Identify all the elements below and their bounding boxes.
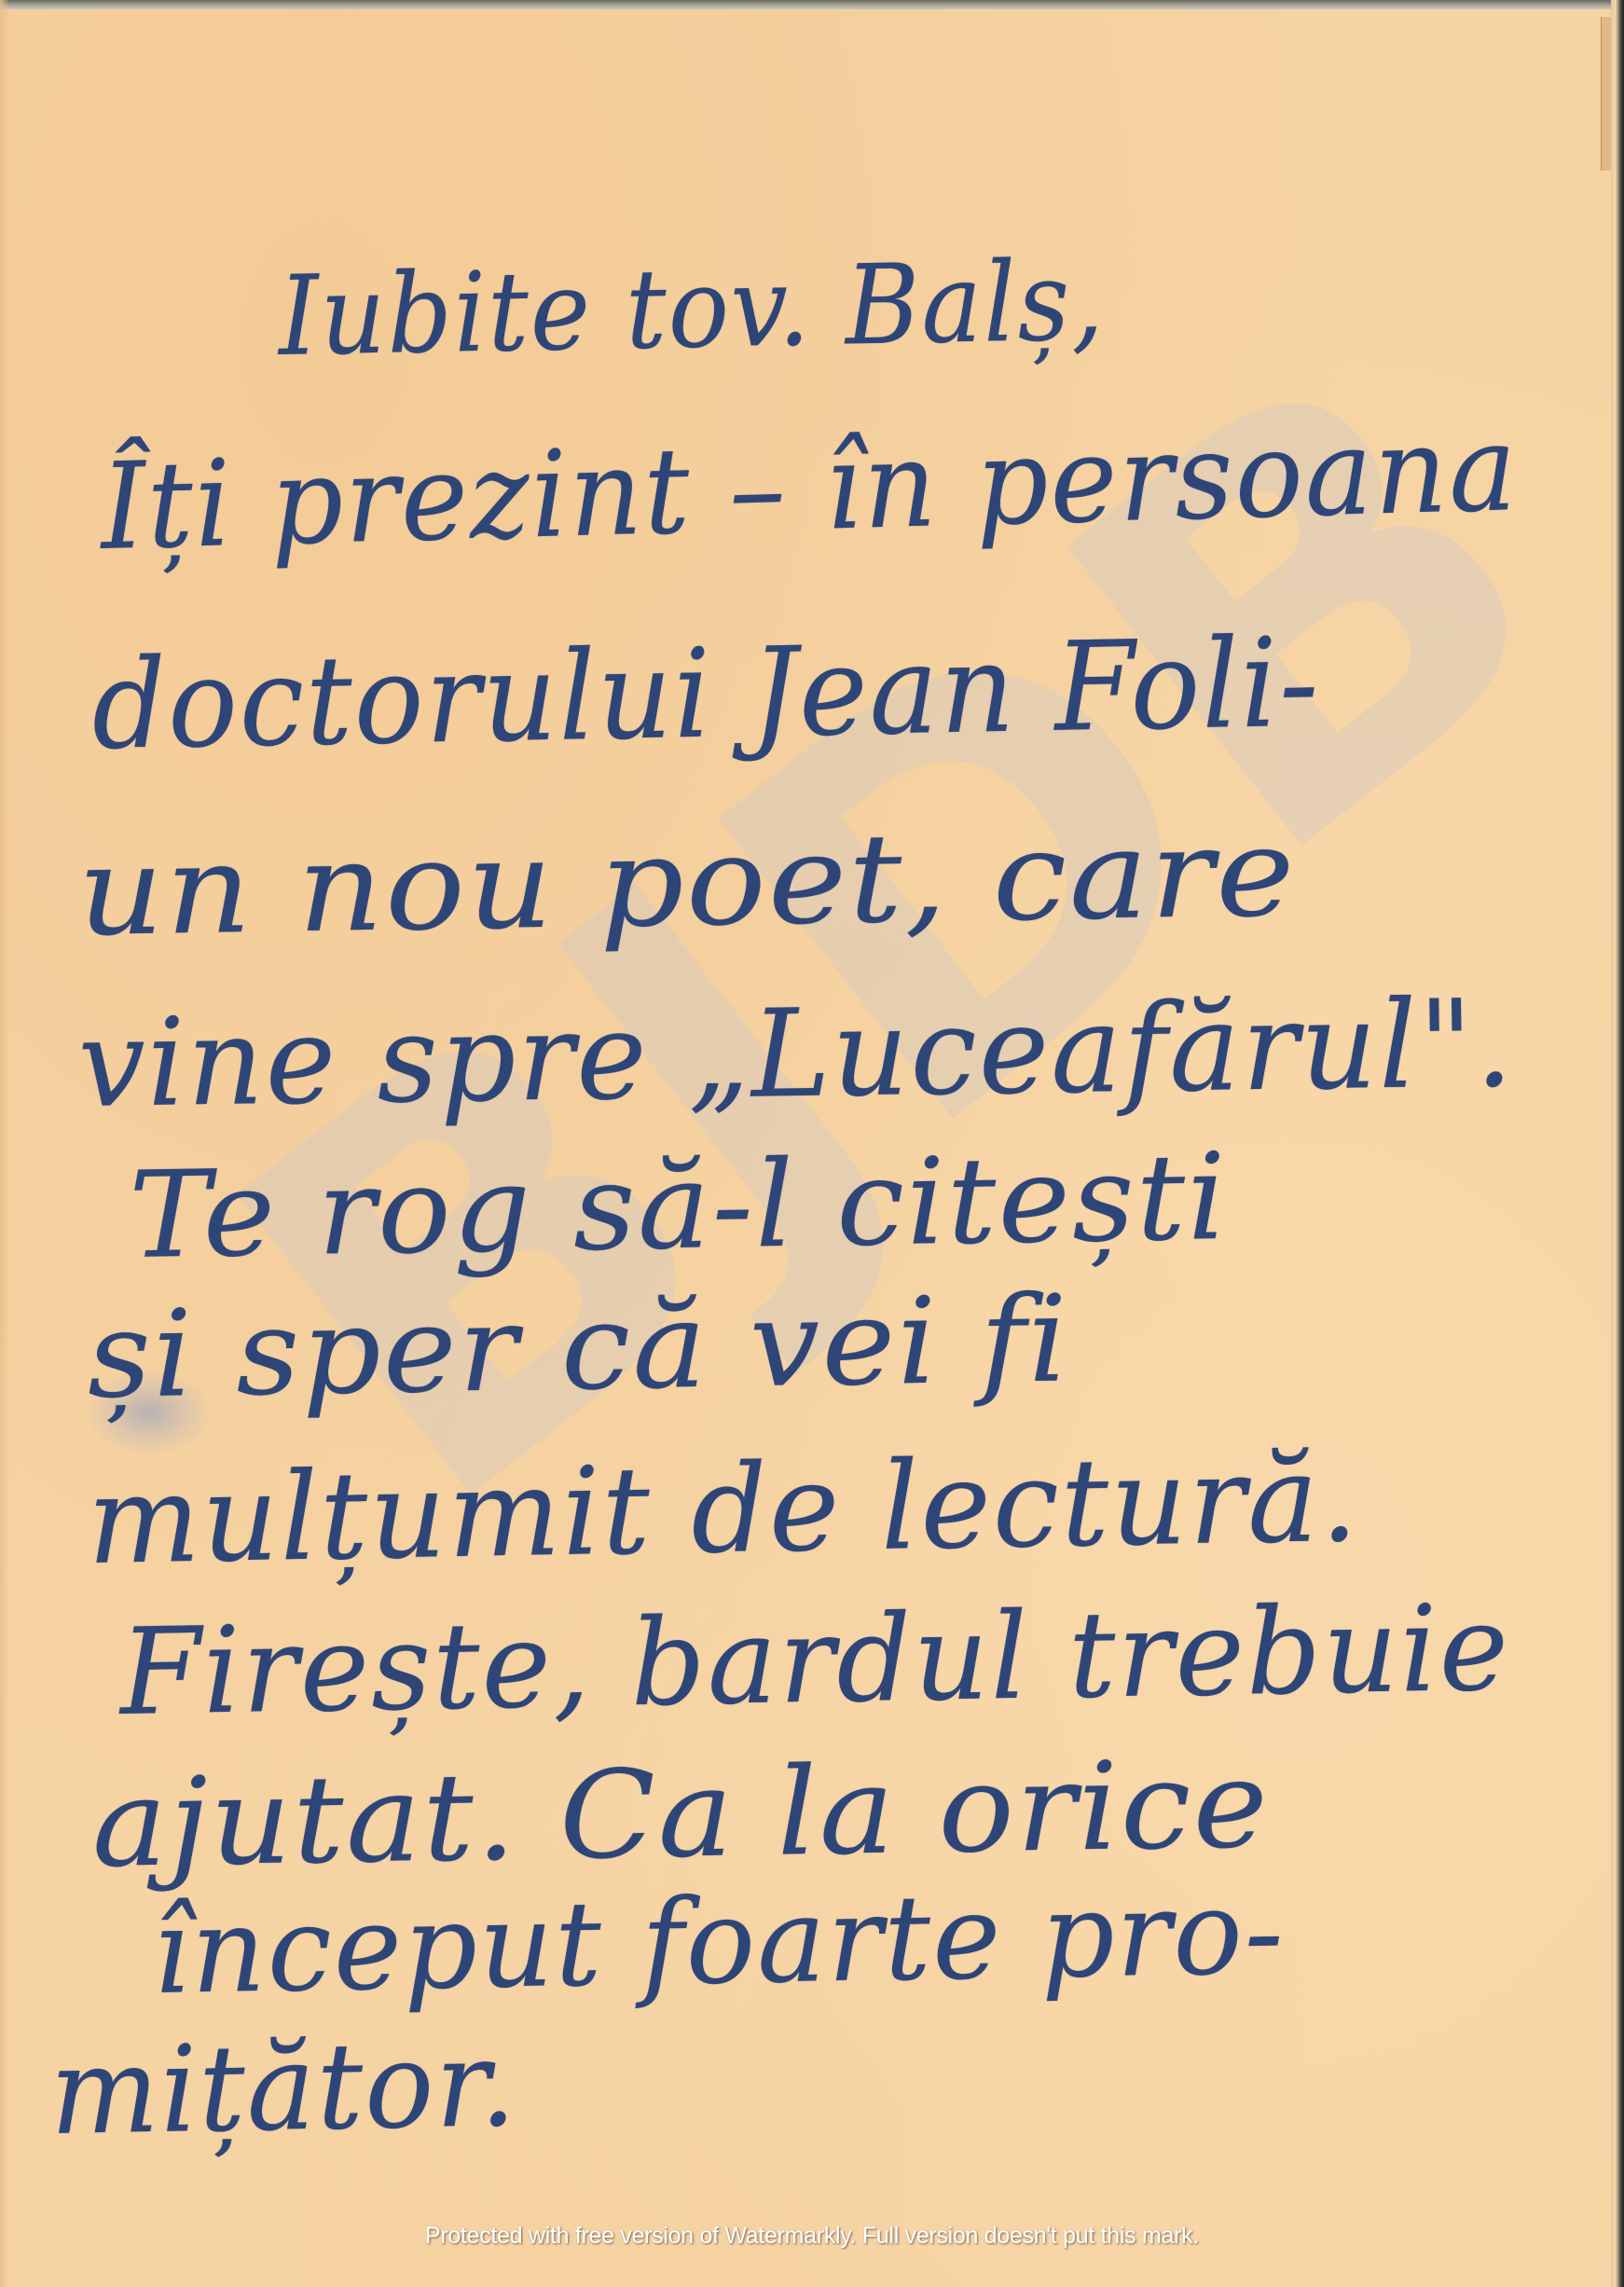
letter-line: vine spre „Luceafărul".: [77, 972, 1516, 1135]
letter-line: început foarte pro-: [151, 1863, 1286, 2020]
letter-page: BJDB Iubite tov. Balș, Îți prezint – în …: [0, 0, 1624, 2287]
letter-line: doctorului Jean Foli-: [90, 612, 1321, 778]
letter-line: Te rog să-l citești: [128, 1128, 1229, 1286]
letter-line: mițător.: [49, 2015, 519, 2162]
letter-line: și sper că vei fi: [86, 1270, 1070, 1426]
letter-line: Firește, bardul trebuie: [118, 1578, 1511, 1743]
watermark-notice: Protected with free version of Watermark…: [0, 2223, 1624, 2250]
letter-line: Îți prezint – în persoana: [99, 399, 1520, 577]
letter-line: mulțumit de lectură.: [86, 1427, 1360, 1591]
letter-salutation: Iubite tov. Balș,: [278, 236, 1107, 380]
letter-line: un nou poet, care: [76, 801, 1298, 964]
handwritten-letter: Iubite tov. Balș, Îți prezint – în perso…: [0, 0, 1624, 2287]
